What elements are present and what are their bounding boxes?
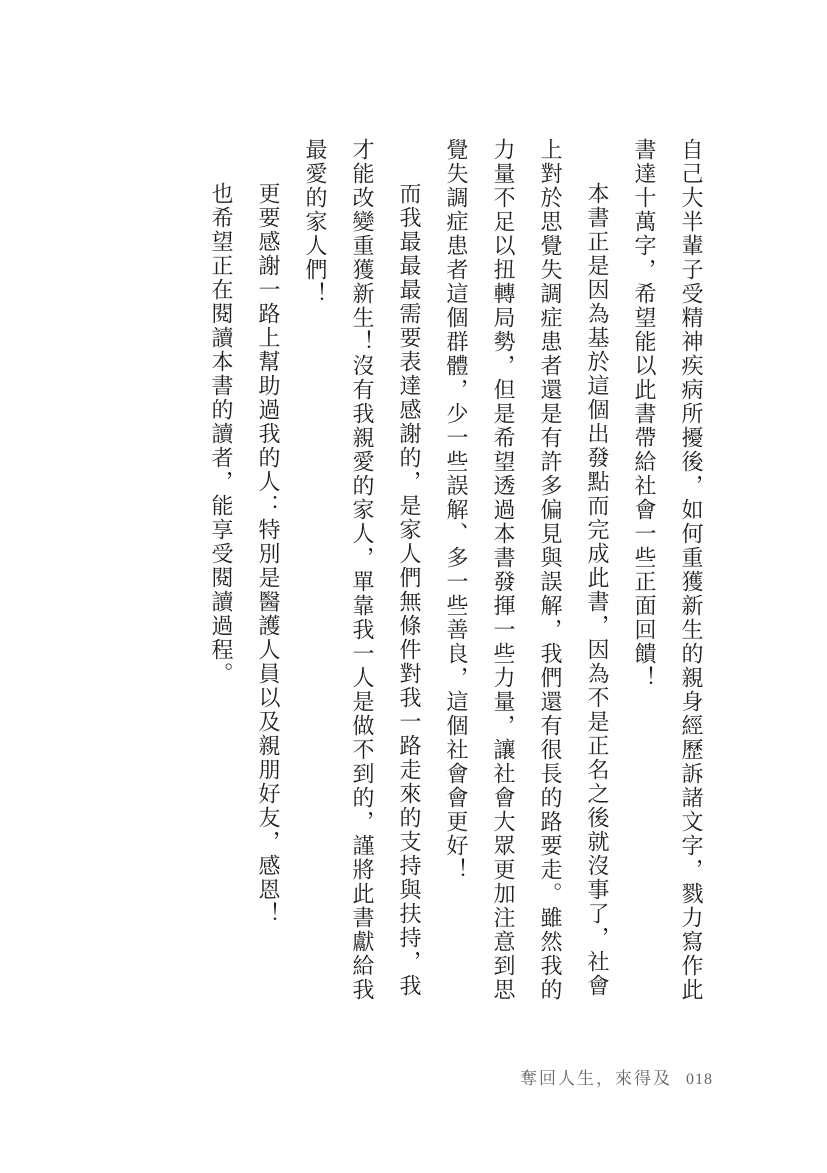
book-page: 自己大半輩子受精神疾病所擾後，如何重獲新生的親身經歷訴諸文字，戮力寫作此書達十萬… — [0, 0, 827, 1173]
running-title: 奪回人生，來得及 — [520, 1069, 672, 1088]
paragraph: 更要感謝一路上幫助過我的人：特別是醫護人員以及親朋好友，感恩！ — [245, 138, 292, 1004]
body-text: 自己大半輩子受精神疾病所擾後，如何重獲新生的親身經歷訴諸文字，戮力寫作此書達十萬… — [198, 138, 715, 1004]
paragraph: 本書正是因為基於這個出發點而完成此書，因為不是正名之後就沒事了，社會上對於思覺失… — [433, 138, 621, 1004]
paragraph: 也希望正在閱讀本書的讀者，能享受閱讀過程。 — [198, 138, 245, 1004]
paragraph: 自己大半輩子受精神疾病所擾後，如何重獲新生的親身經歷訴諸文字，戮力寫作此書達十萬… — [621, 138, 715, 1004]
page-number: 018 — [686, 1071, 713, 1088]
page-footer: 奪回人生，來得及018 — [520, 1064, 713, 1089]
paragraph: 而我最最最需要表達感謝的，是家人們無條件對我一路走來的支持與扶持，我才能改變重獲… — [292, 138, 433, 1004]
